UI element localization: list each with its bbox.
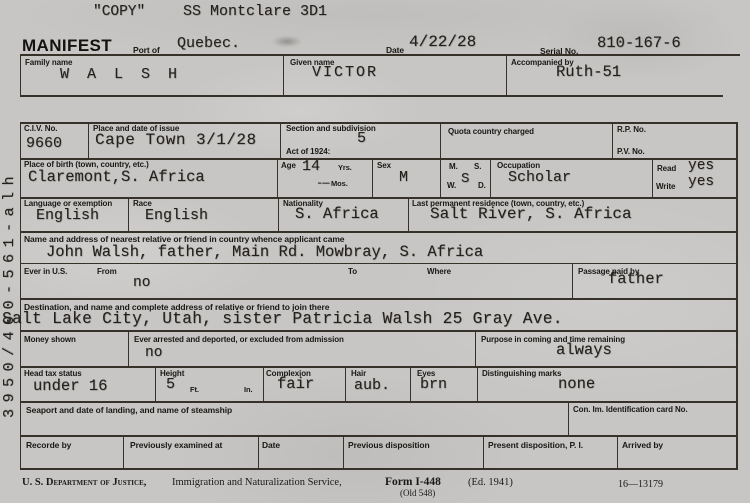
- arrested-value: no: [145, 346, 162, 361]
- destination-value: Salt Lake City, Utah, sister Patricia Wa…: [2, 311, 563, 327]
- rule: [440, 122, 441, 159]
- rule: [88, 122, 89, 159]
- date-value: 4/22/28: [409, 34, 476, 50]
- write-value: yes: [688, 175, 714, 190]
- pv-no-label: P.V. No.: [617, 147, 645, 156]
- rule: [20, 401, 737, 403]
- rule: [345, 366, 346, 402]
- rule: [263, 366, 264, 402]
- port-value: Quebec.: [177, 36, 240, 51]
- ever-in-us-label: Ever in U.S.: [24, 267, 67, 276]
- previous-disposition-label: Previous disposition: [348, 440, 430, 450]
- rule: [20, 468, 738, 470]
- from-label: From: [97, 267, 117, 276]
- civ-no-value: 9660: [26, 136, 62, 151]
- rule: [506, 56, 507, 96]
- where-label: Where: [427, 267, 451, 276]
- rule: [343, 435, 344, 469]
- rule: [410, 366, 411, 402]
- rule: [20, 54, 740, 56]
- marital-w-label: W.: [447, 181, 456, 190]
- last-residence-value: Salt River, S. Africa: [430, 206, 632, 222]
- rule: [20, 95, 723, 97]
- footer-form-number: Form I-448: [385, 476, 441, 488]
- yrs-label: Yrs.: [338, 163, 352, 172]
- vessel-annotation: SS Montclare 3D1: [183, 4, 327, 19]
- age-label: Age: [281, 161, 296, 170]
- manifest-title: MANIFEST: [22, 36, 112, 56]
- family-name-value: W A L S H: [60, 67, 182, 82]
- hair-value: aub.: [354, 378, 390, 393]
- rule: [278, 197, 279, 232]
- rule: [652, 158, 653, 198]
- footer-edition: (Ed. 1941): [468, 477, 513, 488]
- arrested-label: Ever arrested and deported, or excluded …: [134, 335, 344, 344]
- mos-strikeout: -—: [316, 177, 328, 189]
- section-value: 5: [357, 131, 366, 146]
- purpose-value: always: [556, 343, 612, 359]
- ft-label: Ft.: [190, 385, 199, 394]
- rule: [617, 435, 618, 469]
- rule: [20, 231, 737, 233]
- rule: [440, 158, 441, 198]
- sex-value: M: [399, 170, 408, 185]
- sex-label: Sex: [377, 161, 391, 170]
- rule: [123, 435, 124, 469]
- file-number-vertical: 3950/400-561-alh: [2, 170, 17, 418]
- rule: [736, 122, 738, 469]
- eyes-value: brn: [420, 377, 447, 392]
- language-value: English: [36, 208, 99, 223]
- mos-label: Mos.: [331, 179, 348, 188]
- act-1924-label: Act of 1924:: [286, 147, 330, 156]
- rule: [477, 366, 478, 402]
- footer-service: Immigration and Naturalization Service,: [172, 477, 342, 488]
- con-im-card-label: Con. Im. Identification card No.: [573, 405, 688, 414]
- rule: [258, 435, 259, 469]
- given-name-value: VICTOR: [312, 65, 378, 80]
- rule: [475, 330, 476, 367]
- to-label: To: [348, 267, 357, 276]
- marital-d-label: D.: [478, 181, 486, 190]
- present-disposition-label: Present disposition, P. I.: [488, 440, 583, 450]
- height-ft-value: 5: [166, 377, 175, 392]
- rule: [155, 366, 156, 402]
- rule: [277, 158, 278, 198]
- birth-place-value: Claremont,S. Africa: [28, 170, 205, 186]
- complexion-value: fair: [277, 377, 314, 393]
- rule: [20, 298, 737, 300]
- rule: [408, 197, 409, 232]
- rule: [283, 56, 284, 96]
- copy-stamp: "COPY": [93, 5, 145, 20]
- nearest-relative-value: John Walsh, father, Main Rd. Mowbray, S.…: [46, 245, 483, 261]
- ever-in-us-value: no: [133, 276, 150, 291]
- in-label: In.: [244, 385, 252, 394]
- age-value: 14: [302, 159, 320, 174]
- footer-print-code: 16—13179: [618, 479, 663, 490]
- seaport-label: Seaport and date of landing, and name of…: [26, 405, 232, 415]
- footer-old-form: (Old 548): [400, 488, 435, 498]
- rp-no-label: R.P. No.: [617, 125, 646, 134]
- civ-no-label: C.I.V. No.: [24, 124, 57, 133]
- issue-value: Cape Town 3/1/28: [95, 132, 257, 148]
- occupation-value: Scholar: [508, 170, 571, 185]
- rule: [572, 263, 573, 299]
- rule: [20, 56, 21, 96]
- footer-department: U. S. Department of Justice,: [22, 477, 146, 488]
- quota-country-label: Quota country charged: [448, 127, 534, 136]
- rule: [128, 330, 129, 367]
- head-tax-value: under 16: [33, 379, 107, 395]
- marks-value: none: [558, 377, 595, 393]
- rule: [490, 158, 491, 198]
- rule: [612, 122, 613, 159]
- ink-smudge: [272, 36, 302, 47]
- race-value: English: [145, 208, 208, 223]
- passage-paid-value: father: [608, 272, 664, 288]
- rule: [20, 122, 21, 469]
- rule: [372, 158, 373, 198]
- read-value: yes: [688, 159, 714, 174]
- rule: [568, 401, 569, 436]
- marital-selected-value: S: [461, 172, 469, 186]
- rule: [128, 197, 129, 232]
- rule: [20, 263, 737, 264]
- write-label: Write: [656, 182, 675, 191]
- marital-s-label: S.: [474, 162, 481, 171]
- exam-date-label: Date: [262, 440, 280, 450]
- read-label: Read: [657, 164, 676, 173]
- arrived-by-label: Arrived by: [622, 440, 663, 450]
- serial-value: 810-167-6: [597, 36, 681, 52]
- marks-label: Distinguishing marks: [482, 369, 561, 378]
- rule: [483, 435, 484, 469]
- rule: [280, 122, 281, 159]
- recorded-by-label: Recorde by: [26, 440, 71, 450]
- previously-examined-label: Previously examined at: [130, 440, 222, 450]
- rule: [20, 435, 737, 437]
- money-shown-label: Money shown: [24, 335, 76, 344]
- marital-m-label: M.: [449, 162, 458, 171]
- accompanied-by-value: Ruth-51: [556, 65, 621, 81]
- nationality-value: S. Africa: [295, 207, 379, 223]
- rule: [20, 366, 737, 368]
- manifest-card-scan: "COPY" SS Montclare 3D1 3950/400-561-alh…: [0, 0, 750, 503]
